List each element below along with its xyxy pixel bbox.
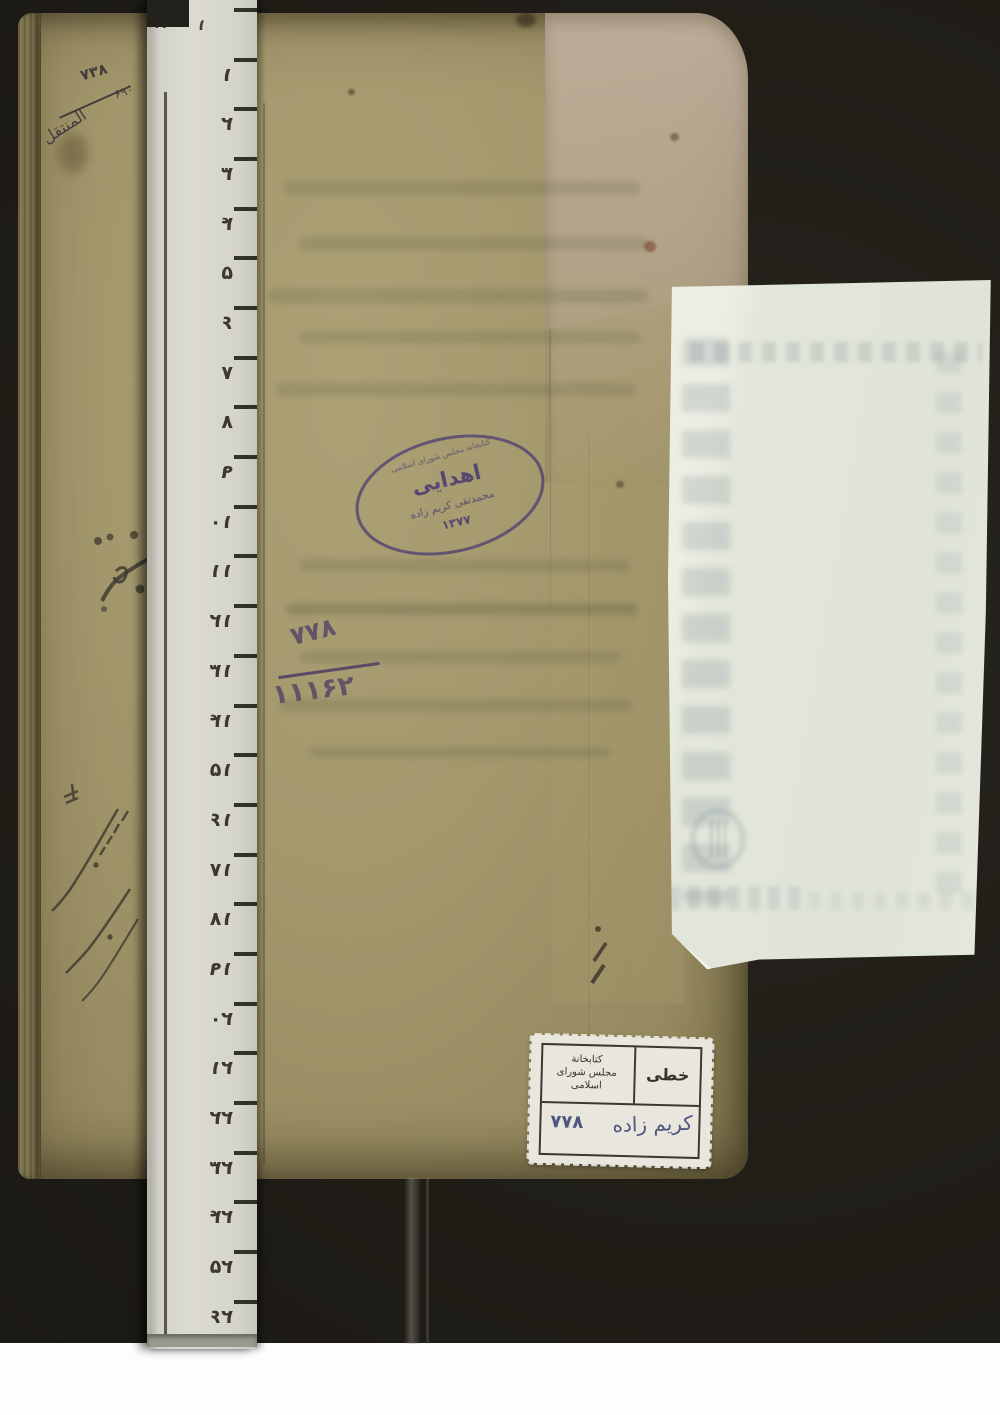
library-label: خطى كتابخانة مجلس شوراى اسلامى كريم زاده… bbox=[528, 1035, 712, 1168]
stain bbox=[644, 241, 656, 252]
label-library-line2: مجلس شوراى bbox=[543, 1065, 631, 1080]
ruler-number: ۲۶ bbox=[189, 1305, 233, 1329]
ruler-number: ۶ bbox=[189, 311, 233, 335]
reflection-streak bbox=[404, 1178, 420, 1344]
ruler-tick bbox=[234, 505, 257, 509]
ghost-text-line bbox=[268, 289, 648, 303]
reflection-streak-thin bbox=[426, 1178, 429, 1344]
corner-note-number: ۷۳۸ bbox=[78, 60, 109, 85]
marginalia-handwriting bbox=[26, 769, 166, 1004]
ruler-number: ۱۴ bbox=[189, 709, 233, 733]
ruler-tick bbox=[234, 1151, 257, 1155]
bleedthrough-text-column-right bbox=[936, 352, 962, 912]
ghost-text-line bbox=[300, 651, 620, 663]
library-donation-stamp: كتابخانه مجلس شوراى اسلامى اهدایی محمدتق… bbox=[343, 417, 556, 573]
ruler-tick bbox=[234, 902, 257, 906]
ruler-tick bbox=[234, 952, 257, 956]
label-handwritten-number: ۷۷۸ bbox=[550, 1111, 584, 1133]
ruler-number: ۱۲ bbox=[189, 609, 233, 633]
ruler-tick bbox=[234, 554, 257, 558]
ink-mark bbox=[584, 921, 624, 991]
book-fore-edge bbox=[18, 13, 41, 1179]
manuscript-cover: ۷۳۸ ۶۹۰ المنتقل كتابخانه مجلس شوراى اسلا… bbox=[18, 13, 748, 1179]
ruler-tick bbox=[234, 207, 257, 211]
ruler: ۱۲ ۱ ۱۲۳۴۵۶۷۸۹۱۰۱۱۱۲۱۳۱۴۱۵۱۶۱۷۱۸۱۹۲۰۲۱۲۲… bbox=[147, 0, 257, 1349]
cover-crease bbox=[263, 103, 265, 1163]
stain bbox=[516, 13, 536, 27]
corner-note-number2: ۶۹۰ bbox=[112, 82, 135, 101]
ruler-tick bbox=[234, 654, 257, 658]
ruler-tick bbox=[234, 604, 257, 608]
loose-paper-sheet bbox=[668, 280, 994, 972]
ruler-number: ۱۶ bbox=[189, 808, 233, 832]
ruler-tick bbox=[234, 803, 257, 807]
ruler-number: ۴ bbox=[189, 212, 233, 236]
ruler-tick bbox=[234, 58, 257, 62]
ruler-number: ۱۷ bbox=[189, 858, 233, 882]
stain bbox=[670, 133, 679, 141]
ghost-text-line bbox=[300, 237, 648, 250]
ruler-tick bbox=[234, 1002, 257, 1006]
ghost-text-line bbox=[310, 747, 610, 758]
bleedthrough-band-bottom bbox=[668, 886, 804, 910]
ruler-number: ۲۱ bbox=[189, 1056, 233, 1080]
ruler-number: ۲۳ bbox=[189, 1156, 233, 1180]
ruler-number: ۷ bbox=[189, 361, 233, 385]
ruler-tick bbox=[234, 306, 257, 310]
stain bbox=[616, 481, 624, 488]
ruler-number: ۱۵ bbox=[189, 758, 233, 782]
ghost-text-line bbox=[300, 331, 640, 343]
ruler-tick bbox=[234, 157, 257, 161]
ruler-tick bbox=[234, 455, 257, 459]
label-type-cell: خطى bbox=[633, 1047, 700, 1105]
ruler-number: ۱۸ bbox=[189, 907, 233, 931]
ruler-tick bbox=[234, 853, 257, 857]
label-library-cell: كتابخانة مجلس شوراى اسلامى bbox=[542, 1045, 631, 1103]
accession-number: ۷۷۸ bbox=[287, 612, 338, 651]
stain bbox=[58, 133, 88, 173]
ruler-tick bbox=[234, 1101, 257, 1105]
ruler-tick bbox=[234, 1300, 257, 1304]
ruler-tick bbox=[234, 405, 257, 409]
label-library-line3: اسلامى bbox=[542, 1078, 630, 1093]
ruler-number: ۲ bbox=[189, 112, 233, 136]
ruler-number: ۲۲ bbox=[189, 1106, 233, 1130]
bleedthrough-band-bottom2 bbox=[808, 892, 974, 910]
stain bbox=[348, 89, 355, 95]
ruler-tick bbox=[234, 753, 257, 757]
ruler-number: ۱۹ bbox=[189, 957, 233, 981]
ruler-end-cap bbox=[147, 1334, 257, 1347]
ruler-number: ۳ bbox=[189, 162, 233, 186]
ruler-number: ۵ bbox=[189, 261, 233, 285]
ghost-text-line bbox=[300, 559, 630, 572]
ruler-number: ۱۳ bbox=[189, 659, 233, 683]
ruler-number: ۲۰ bbox=[189, 1007, 233, 1031]
label-handwritten-name: كريم زاده bbox=[612, 1111, 693, 1137]
ruler-tick bbox=[234, 107, 257, 111]
ruler-tick bbox=[234, 1200, 257, 1204]
ruler-tick bbox=[234, 704, 257, 708]
ruler-number: ۸ bbox=[189, 410, 233, 434]
ruler-number: ۲۴ bbox=[189, 1205, 233, 1229]
scan-canvas: ۷۳۸ ۶۹۰ المنتقل كتابخانه مجلس شوراى اسلا… bbox=[0, 0, 1000, 1415]
ruler-tick bbox=[234, 8, 257, 12]
ghost-text-line bbox=[284, 181, 640, 195]
ghost-text-line bbox=[286, 603, 638, 615]
ruler-number: ۱۰ bbox=[189, 510, 233, 534]
ruler-tick bbox=[234, 356, 257, 360]
emblem-bleedthrough-core bbox=[710, 820, 726, 858]
ruler-tick bbox=[234, 1250, 257, 1254]
ruler-number: ۱ bbox=[189, 63, 233, 87]
ruler-number: ۲۵ bbox=[189, 1255, 233, 1279]
ghost-text-line bbox=[276, 383, 636, 396]
label-frame: خطى كتابخانة مجلس شوراى اسلامى كريم زاده… bbox=[539, 1043, 703, 1159]
ruler-tick bbox=[234, 256, 257, 260]
ruler-number: ۹ bbox=[189, 460, 233, 484]
ruler-tick bbox=[234, 1051, 257, 1055]
ruler-number: ۱۱ bbox=[189, 559, 233, 583]
ruler-scale: ۱۲۳۴۵۶۷۸۹۱۰۱۱۱۲۱۳۱۴۱۵۱۶۱۷۱۸۱۹۲۰۲۱۲۲۲۳۲۴۲… bbox=[147, 0, 257, 1349]
